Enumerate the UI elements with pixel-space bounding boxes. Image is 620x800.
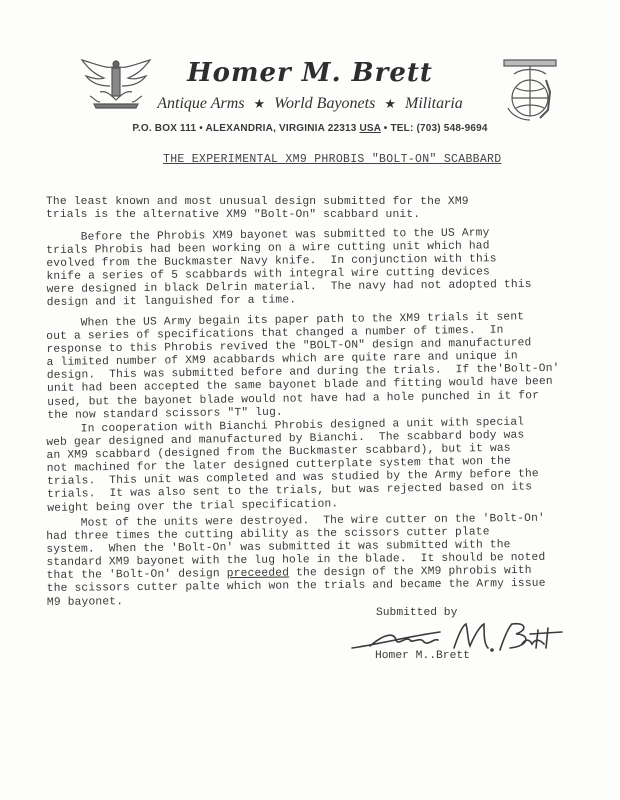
text-line: trials is the alternative XM9 "Bolt-On" … xyxy=(46,209,606,222)
eagle-globe-anchor-icon xyxy=(500,58,560,124)
address-phone: • TEL: (703) 548-9694 xyxy=(381,123,488,134)
paragraph: Before the Phrobis XM9 bayonet was submi… xyxy=(46,226,607,310)
underlined-word: preceeded xyxy=(227,568,289,581)
tagline-item: Militaria xyxy=(405,95,463,112)
paragraph: In cooperation with Bianchi Phrobis desi… xyxy=(46,415,607,515)
text-line: The least known and most unusual design … xyxy=(46,196,606,209)
address-country: USA xyxy=(359,123,380,134)
tagline-item: World Bayonets xyxy=(274,95,375,112)
document-title: THE EXPERIMENTAL XM9 PHROBIS "BOLT-ON" S… xyxy=(163,153,501,166)
paragraph: When the US Army begain its paper path t… xyxy=(46,310,607,423)
typed-name: Homer M..Brett xyxy=(375,650,470,662)
address-text: P.O. BOX 111 • ALEXANDRIA, VIRGINIA 2231… xyxy=(132,123,359,134)
paragraph: The least known and most unusual design … xyxy=(46,196,606,222)
paragraph: Most of the units were destroyed. The wi… xyxy=(46,512,607,610)
letterhead: Homer M. Brett Antique Arms ★ World Bayo… xyxy=(0,0,620,140)
star-icon: ★ xyxy=(384,96,396,111)
tagline-item: Antique Arms xyxy=(157,95,244,112)
letterhead-address: P.O. BOX 111 • ALEXANDRIA, VIRGINIA 2231… xyxy=(0,123,620,134)
star-icon: ★ xyxy=(253,96,265,111)
